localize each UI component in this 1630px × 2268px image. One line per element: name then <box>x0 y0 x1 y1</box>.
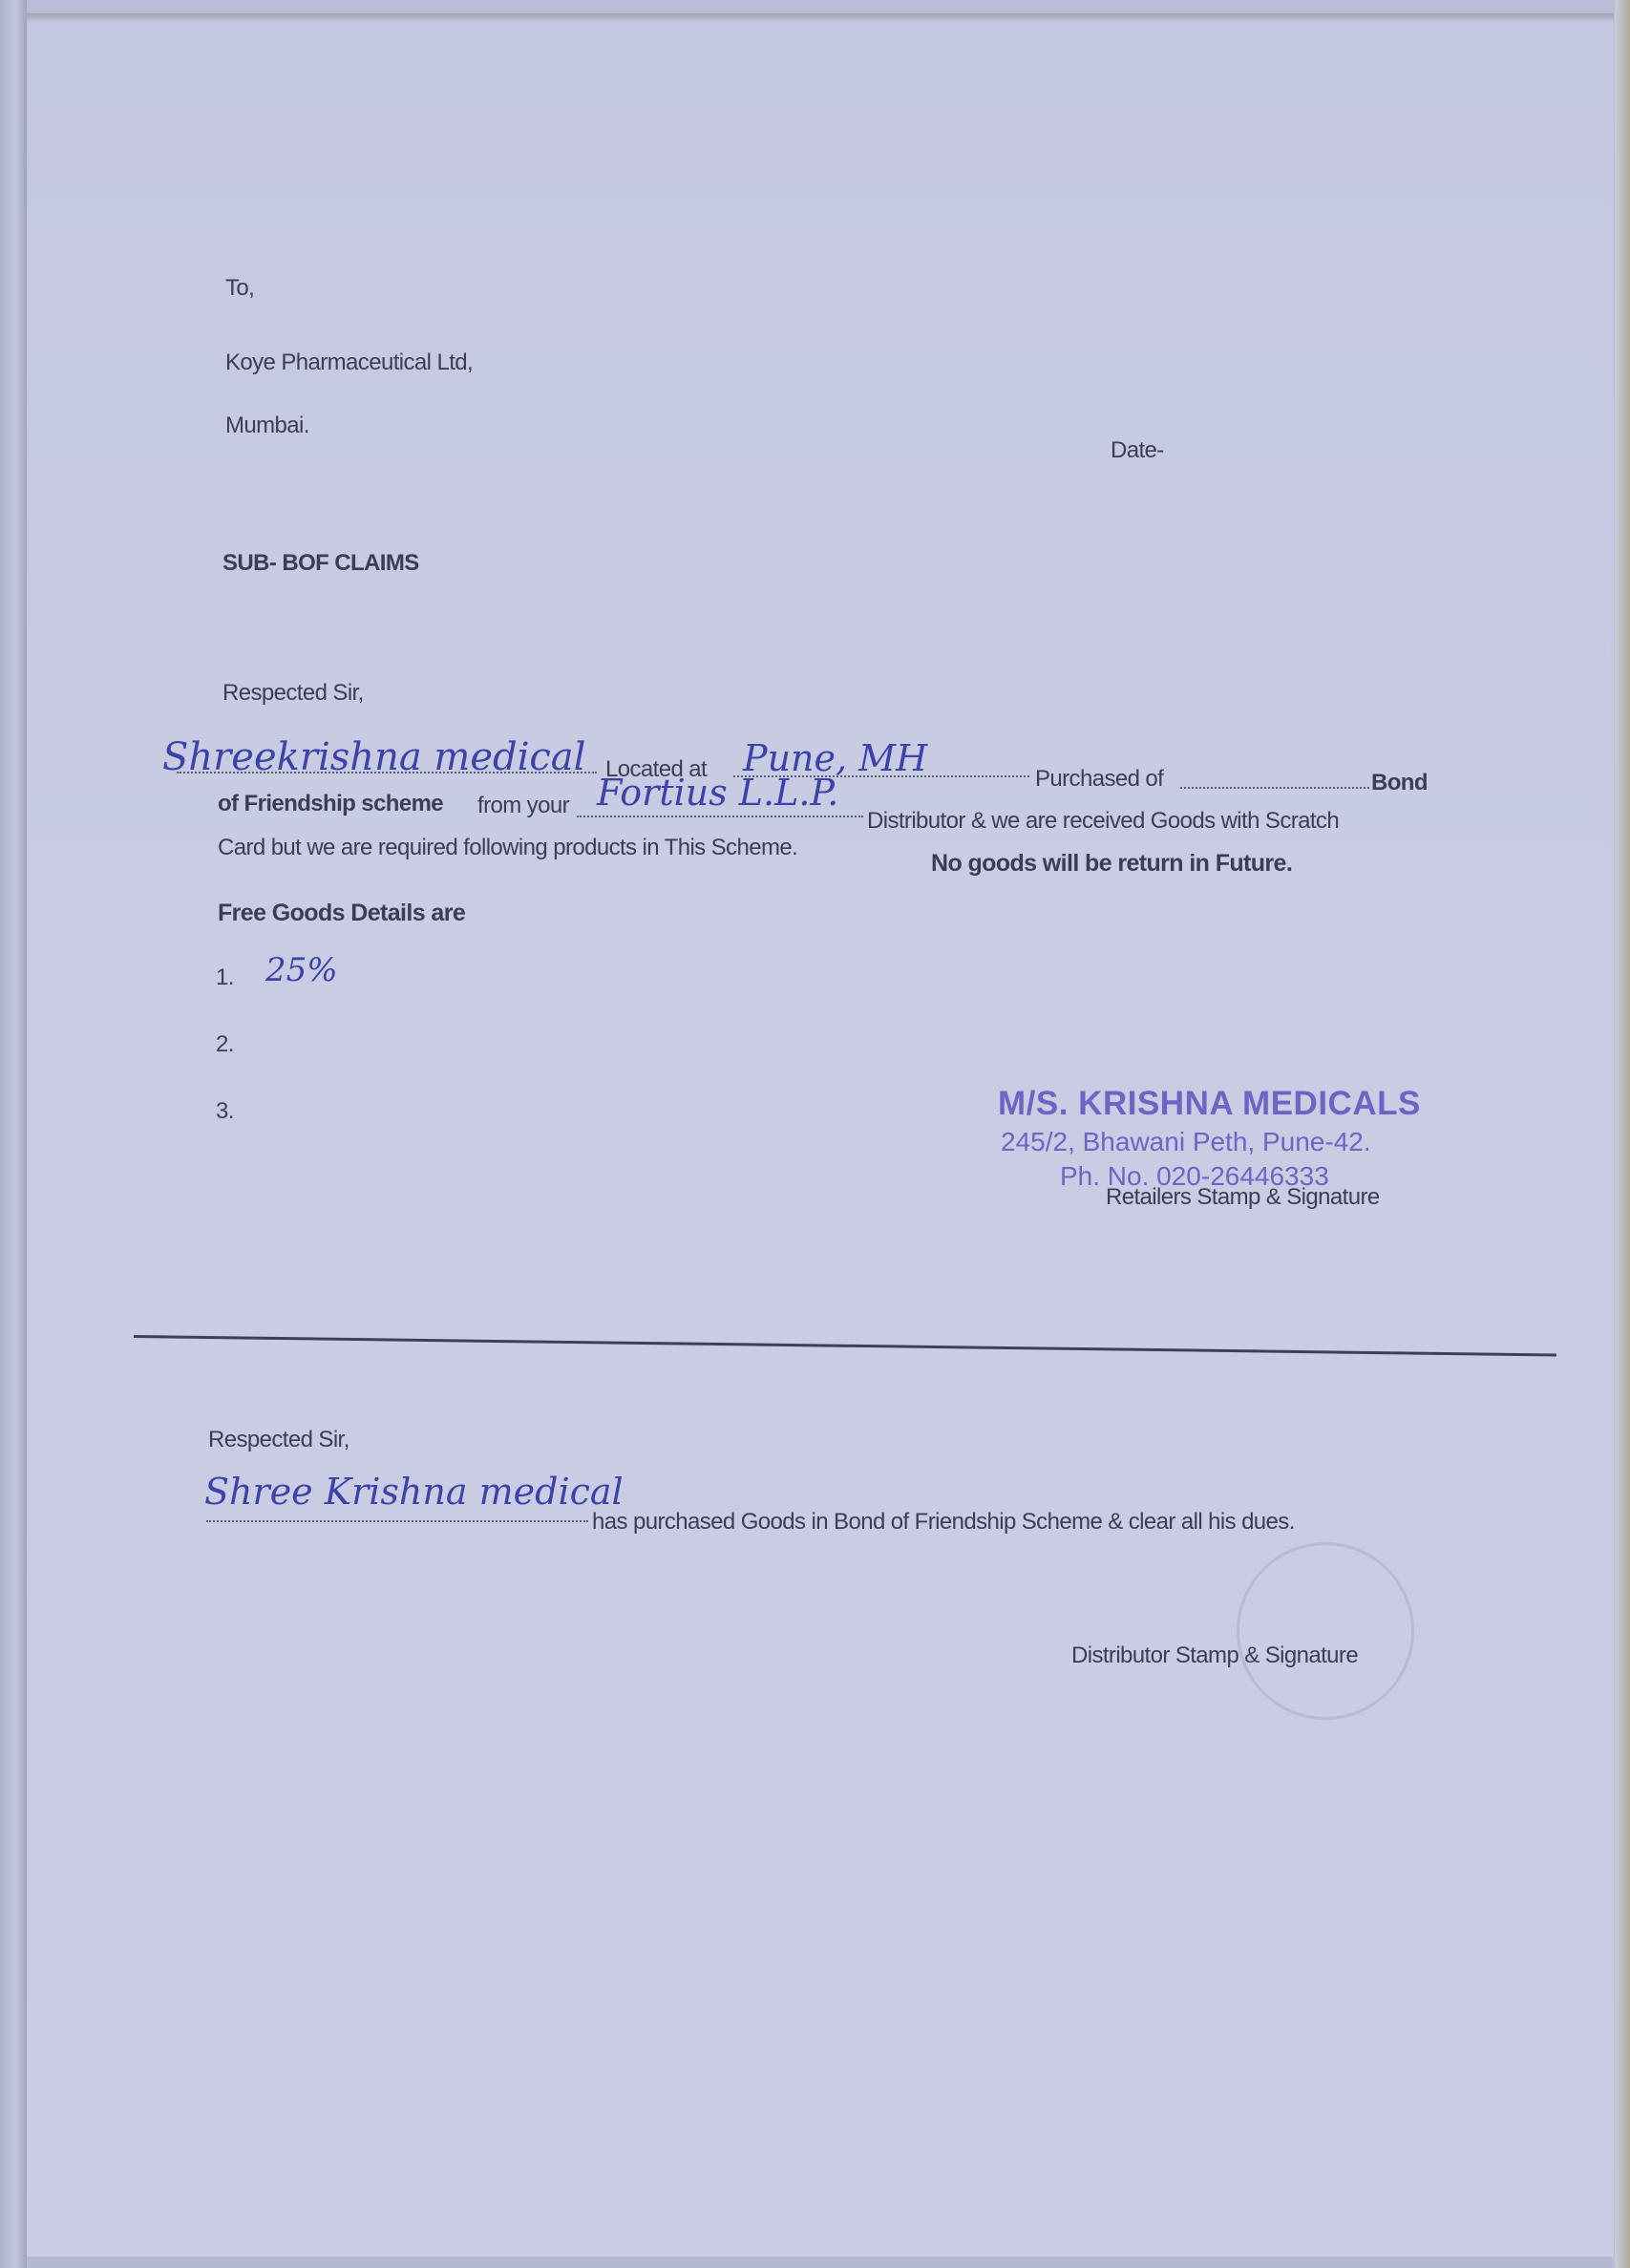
faded-distributor-stamp <box>1237 1542 1414 1720</box>
distributor-salutation: Respected Sir, <box>208 1427 349 1453</box>
recipient-city: Mumbai. <box>225 413 309 439</box>
retailer-signature-label: Retailers Stamp & Signature <box>1106 1184 1380 1211</box>
no-return-notice: No goods will be return in Future. <box>931 850 1292 878</box>
distributor-suffix: Distributor & we are received Goods with… <box>867 808 1339 835</box>
bond-label: Bond <box>1371 770 1428 796</box>
body-line-3: Card but we are required following produ… <box>218 835 797 861</box>
distributor-signature-label: Distributor Stamp & Signature <box>1071 1643 1358 1669</box>
page-right-edge <box>1615 0 1630 2268</box>
purchased-of-label: Purchased of <box>1035 766 1163 793</box>
distributor-body-text: has purchased Goods in Bond of Friendshi… <box>592 1509 1295 1536</box>
retailer-stamp-name: M/S. KRISHNA MEDICALS <box>998 1085 1421 1123</box>
salutation: Respected Sir, <box>222 680 364 707</box>
from-your-label: from your <box>477 793 569 819</box>
to-label: To, <box>225 275 254 302</box>
free-goods-heading: Free Goods Details are <box>218 900 465 927</box>
purchased-of-field[interactable] <box>1180 772 1369 789</box>
page-bottom-edge <box>27 2257 1612 2268</box>
recipient-company: Koye Pharmaceutical Ltd, <box>225 350 473 376</box>
free-goods-item-1-value: 25% <box>265 951 338 989</box>
free-goods-item-2-number: 2. <box>216 1031 234 1058</box>
retailer-stamp-address: 245/2, Bhawani Peth, Pune-42. <box>1001 1127 1371 1157</box>
distributor-handwritten-retailer: Shree Krishna medical <box>204 1471 624 1513</box>
page-left-edge <box>0 0 27 2268</box>
of-friendship-label: of Friendship scheme <box>218 791 443 817</box>
free-goods-item-3-number: 3. <box>216 1098 234 1125</box>
handwritten-retailer-name: Shreekrishna medical <box>162 735 585 779</box>
subject-line: SUB- BOF CLAIMS <box>222 550 419 577</box>
handwritten-distributor: Fortius L.L.P. <box>597 772 838 814</box>
free-goods-item-1-number: 1. <box>216 964 234 991</box>
date-label: Date- <box>1111 437 1164 464</box>
